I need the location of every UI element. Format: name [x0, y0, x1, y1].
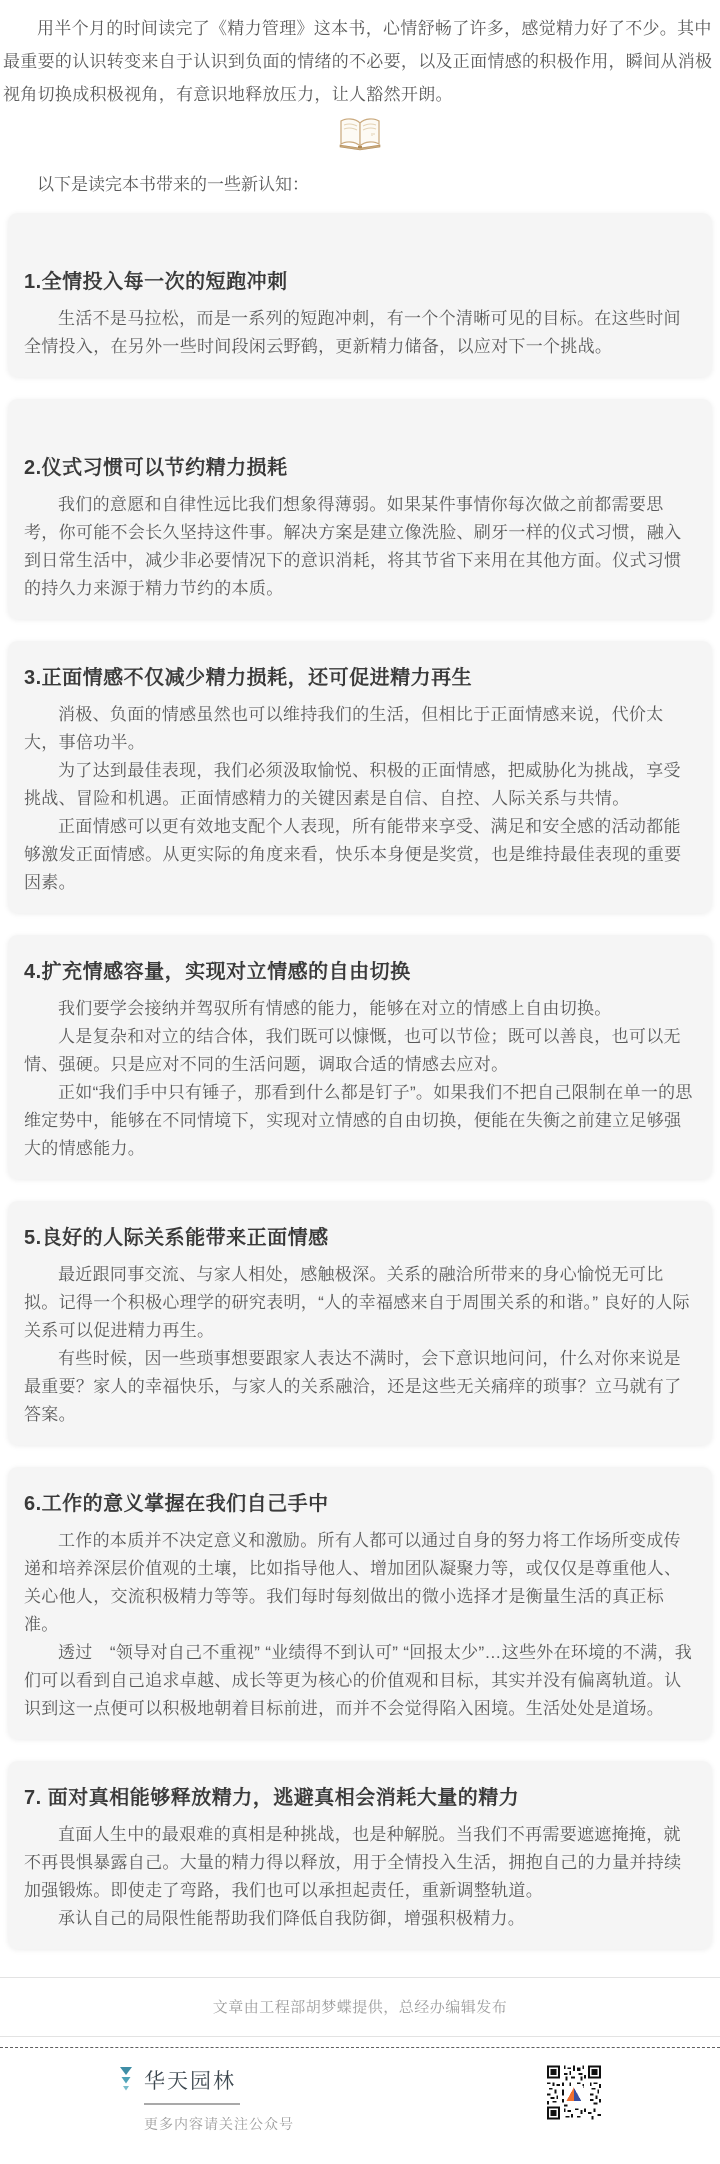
section-paragraph: 正面情感可以更有效地支配个人表现，所有能带来享受、满足和安全感的活动都能够激发正…	[24, 813, 694, 897]
section-paragraph: 有些时候，因一些琐事想要跟家人表达不满时，会下意识地问问，什么对你来说是最重要？…	[24, 1345, 694, 1429]
section-paragraph: 我们要学会接纳并驾驭所有情感的能力，能够在对立的情感上自由切换。	[24, 995, 694, 1023]
book-icon-wrap	[0, 117, 720, 156]
section-card-4: 4.扩充情感容量，实现对立情感的自由切换 我们要学会接纳并驾驭所有情感的能力，能…	[8, 935, 712, 1179]
section-paragraph: 承认自己的局限性能帮助我们降低自我防御，增强积极精力。	[24, 1905, 694, 1933]
section-title: 5.良好的人际关系能带来正面情感	[24, 1225, 694, 1251]
section-title: 6.工作的意义掌握在我们自己手中	[24, 1491, 694, 1517]
section-paragraph: 生活不是马拉松，而是一系列的短跑冲刺，有一个个清晰可见的目标。在这些时间全情投入…	[24, 305, 694, 361]
section-paragraph: 最近跟同事交流、与家人相处，感触极深。关系的融洽所带来的身心愉悦无可比拟。记得一…	[24, 1261, 694, 1345]
section-paragraph: 人是复杂和对立的结合体，我们既可以慷慨，也可以节俭；既可以善良，也可以无情、强硬…	[24, 1023, 694, 1079]
lead-in-line: 以下是读完本书带来的一些新认知：	[3, 168, 717, 201]
brand-tagline: 更多内容请关注公众号	[144, 2114, 294, 2134]
section-paragraph: 正如“我们手中只有锤子，那看到什么都是钉子”。如果我们不把自己限制在单一的思维定…	[24, 1079, 694, 1163]
section-card-1: 1.全情投入每一次的短跑冲刺 生活不是马拉松，而是一系列的短跑冲刺，有一个个清晰…	[8, 213, 712, 377]
section-card-2: 2.仪式习惯可以节约精力损耗 我们的意愿和自律性远比我们想象得薄弱。如果某件事情…	[8, 399, 712, 619]
section-title: 3.正面情感不仅减少精力损耗，还可促进精力再生	[24, 665, 694, 691]
intro-paragraph: 用半个月的时间读完了《精力管理》这本书，心情舒畅了许多，感觉精力好了不少。其中最…	[3, 12, 717, 111]
section-card-5: 5.良好的人际关系能带来正面情感 最近跟同事交流、与家人相处，感触极深。关系的融…	[8, 1201, 712, 1445]
brand-name: 华天园林	[144, 2065, 240, 2105]
dashed-divider	[0, 2047, 720, 2048]
section-title: 2.仪式习惯可以节约精力损耗	[24, 455, 694, 481]
section-paragraph: 直面人生中的最艰难的真相是种挑战，也是种解脱。当我们不再需要遮遮掩掩，就不再畏惧…	[24, 1821, 694, 1905]
qr-code	[547, 2065, 601, 2125]
brand-chevrons-icon	[118, 2065, 134, 2102]
section-title: 4.扩充情感容量，实现对立情感的自由切换	[24, 959, 694, 985]
section-paragraph: 透过 “领导对自己不重视” “业绩得不到认可” “回报太少”…这些外在环境的不满…	[24, 1639, 694, 1723]
section-paragraph: 为了达到最佳表现，我们必须汲取愉悦、积极的正面情感，把威胁化为挑战，享受挑战、冒…	[24, 757, 694, 813]
credit-line: 文章由工程部胡梦蝶提供，总经办编辑发布	[0, 1978, 720, 2036]
section-card-6: 6.工作的意义掌握在我们自己手中 工作的本质并不决定意义和激励。所有人都可以通过…	[8, 1467, 712, 1739]
section-title: 1.全情投入每一次的短跑冲刺	[24, 269, 694, 295]
section-paragraph: 消极、负面的情感虽然也可以维持我们的生活，但相比于正面情感来说，代价太大，事倍功…	[24, 701, 694, 757]
open-book-icon	[337, 138, 383, 155]
brand-footer: 华天园林 更多内容请关注公众号	[118, 2065, 601, 2134]
section-paragraph: 我们的意愿和自律性远比我们想象得薄弱。如果某件事情你每次做之前都需要思考，你可能…	[24, 491, 694, 603]
section-card-3: 3.正面情感不仅减少精力损耗，还可促进精力再生 消极、负面的情感虽然也可以维持我…	[8, 641, 712, 913]
brand-text: 华天园林 更多内容请关注公众号	[144, 2065, 294, 2134]
section-paragraph: 工作的本质并不决定意义和激励。所有人都可以通过自身的努力将工作场所变成传递和培养…	[24, 1527, 694, 1639]
bottom-divider	[0, 2036, 720, 2037]
article-page: 用半个月的时间读完了《精力管理》这本书，心情舒畅了许多，感觉精力好了不少。其中最…	[0, 0, 720, 2164]
section-card-7: 7. 面对真相能够释放精力，逃避真相会消耗大量的精力 直面人生中的最艰难的真相是…	[8, 1761, 712, 1949]
bottom-spacer	[0, 2134, 720, 2164]
brand-block: 华天园林 更多内容请关注公众号	[118, 2065, 294, 2134]
section-title: 7. 面对真相能够释放精力，逃避真相会消耗大量的精力	[24, 1785, 694, 1811]
